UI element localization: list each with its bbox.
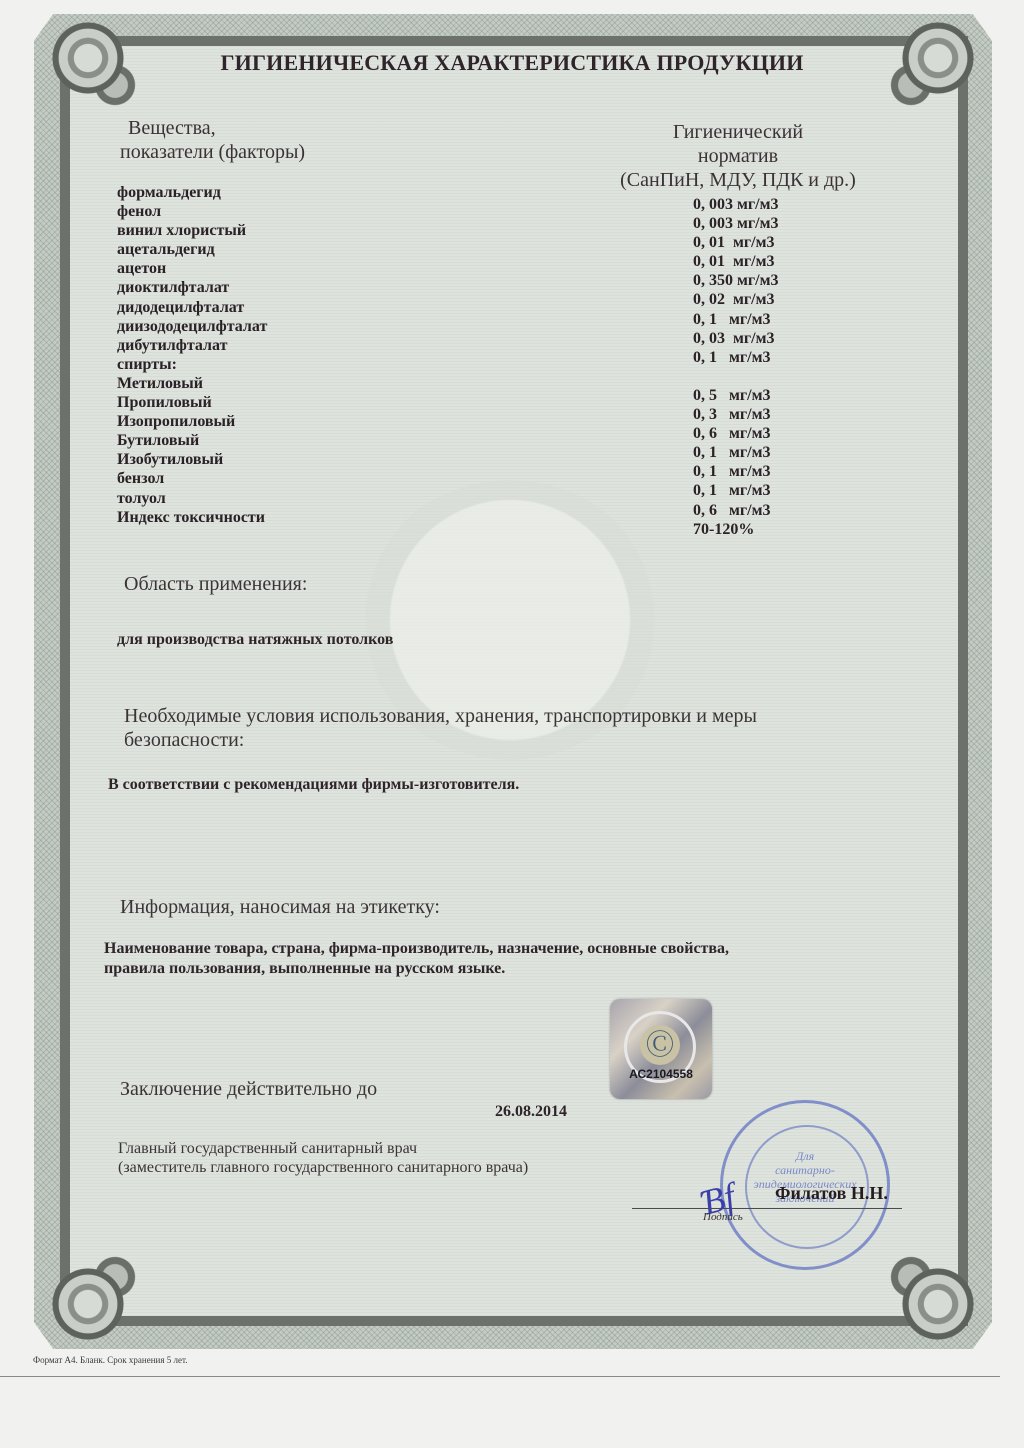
substances-header-line: Вещества,: [128, 116, 305, 140]
substance-name: Пропиловый: [117, 393, 267, 412]
substances-header: Вещества, показатели (факторы): [128, 116, 305, 164]
substance-name: Изопропиловый: [117, 412, 267, 431]
substance-name: Индекс токсичности: [117, 508, 267, 527]
substance-name: ацетальдегид: [117, 240, 267, 259]
label-info-label: Информация, наносимая на этикетку:: [120, 896, 440, 919]
substance-norm: 0, 1 мг/м3: [693, 443, 779, 462]
conditions-label: безопасности:: [124, 729, 244, 752]
substance-norm: 0, 5 мг/м3: [693, 386, 779, 405]
substance-name: Бутиловый: [117, 431, 267, 450]
norm-list: 0, 003 мг/м30, 003 мг/м30, 01 мг/м30, 01…: [693, 195, 779, 539]
substance-name: толуол: [117, 489, 267, 508]
ornament-corner-icon: [884, 1250, 974, 1340]
norm-header-line: норматив: [598, 144, 878, 168]
signature-line: [632, 1208, 902, 1209]
validity-date: 26.08.2014: [495, 1103, 567, 1121]
substance-name: Метиловый: [117, 374, 267, 393]
substance-norm: 0, 1 мг/м3: [693, 348, 779, 367]
stamp-text-line: Для: [723, 1149, 887, 1163]
substance-name: дибутилфталат: [117, 336, 267, 355]
substance-norm: 0, 6 мг/м3: [693, 501, 779, 520]
validity-label: Заключение действительно до: [120, 1078, 377, 1101]
substance-norm: 0, 003 мг/м3: [693, 195, 779, 214]
signatory-title: Главный государственный санитарный врач: [118, 1140, 417, 1158]
substance-norm: 0, 350 мг/м3: [693, 271, 779, 290]
substance-name: ацетон: [117, 259, 267, 278]
substance-norm: 0, 03 мг/м3: [693, 329, 779, 348]
substance-name: бензол: [117, 469, 267, 488]
substance-norm: 0, 1 мг/м3: [693, 462, 779, 481]
application-value: для производства натяжных потолков: [117, 631, 393, 649]
form-footer: Формат А4. Бланк. Срок хранения 5 лет.: [33, 1355, 187, 1365]
substance-norm: 0, 01 мг/м3: [693, 233, 779, 252]
substance-norm: 0, 01 мг/м3: [693, 252, 779, 271]
substances-header-line: показатели (факторы): [120, 140, 305, 164]
substance-name: формальдегид: [117, 183, 267, 202]
ornament-corner-icon: [52, 1250, 142, 1340]
signature-caption: Подпись: [703, 1211, 743, 1223]
hologram-serial: АС2104558: [610, 1067, 712, 1081]
application-label: Область применения:: [124, 573, 307, 596]
substance-norm: 0, 6 мг/м3: [693, 424, 779, 443]
substance-name: Изобутиловый: [117, 450, 267, 469]
conditions-value: В соответствии с рекомендациями фирмы-из…: [108, 776, 519, 794]
substance-norm: [693, 367, 779, 386]
page-edge-line: [0, 1376, 1000, 1377]
norm-header-line: Гигиенический: [598, 120, 878, 144]
signatory-title: (заместитель главного государственного с…: [118, 1159, 528, 1177]
substance-name: диизододецилфталат: [117, 317, 267, 336]
substance-norm: 0, 02 мг/м3: [693, 290, 779, 309]
substance-name: диоктилфталат: [117, 278, 267, 297]
substance-list: формальдегидфенолвинил хлористыйацетальд…: [117, 183, 267, 527]
certification-mark-icon: Ⓒ: [640, 1025, 680, 1065]
substance-norm: 0, 3 мг/м3: [693, 405, 779, 424]
label-info-value: Наименование товара, страна, фирма-произ…: [104, 940, 729, 958]
substance-norm: 0, 1 мг/м3: [693, 310, 779, 329]
substance-name: спирты:: [117, 355, 267, 374]
substance-name: дидодецилфталат: [117, 298, 267, 317]
substance-norm: 0, 1 мг/м3: [693, 481, 779, 500]
norm-header: Гигиенический норматив (СанПиН, МДУ, ПДК…: [598, 120, 878, 192]
substance-name: винил хлористый: [117, 221, 267, 240]
label-info-value: правила пользования, выполненные на русс…: [104, 960, 505, 978]
signatory-name: Филатов Н.Н.: [775, 1183, 888, 1204]
norm-header-line: (СанПиН, МДУ, ПДК и др.): [598, 168, 878, 192]
document-title: ГИГИЕНИЧЕСКАЯ ХАРАКТЕРИСТИКА ПРОДУКЦИИ: [0, 50, 1024, 76]
substance-norm: 0, 003 мг/м3: [693, 214, 779, 233]
hologram-sticker: Ⓒ АС2104558: [610, 999, 712, 1099]
conditions-label: Необходимые условия использования, хране…: [124, 705, 757, 728]
substance-name: фенол: [117, 202, 267, 221]
substance-norm: 70-120%: [693, 520, 779, 539]
